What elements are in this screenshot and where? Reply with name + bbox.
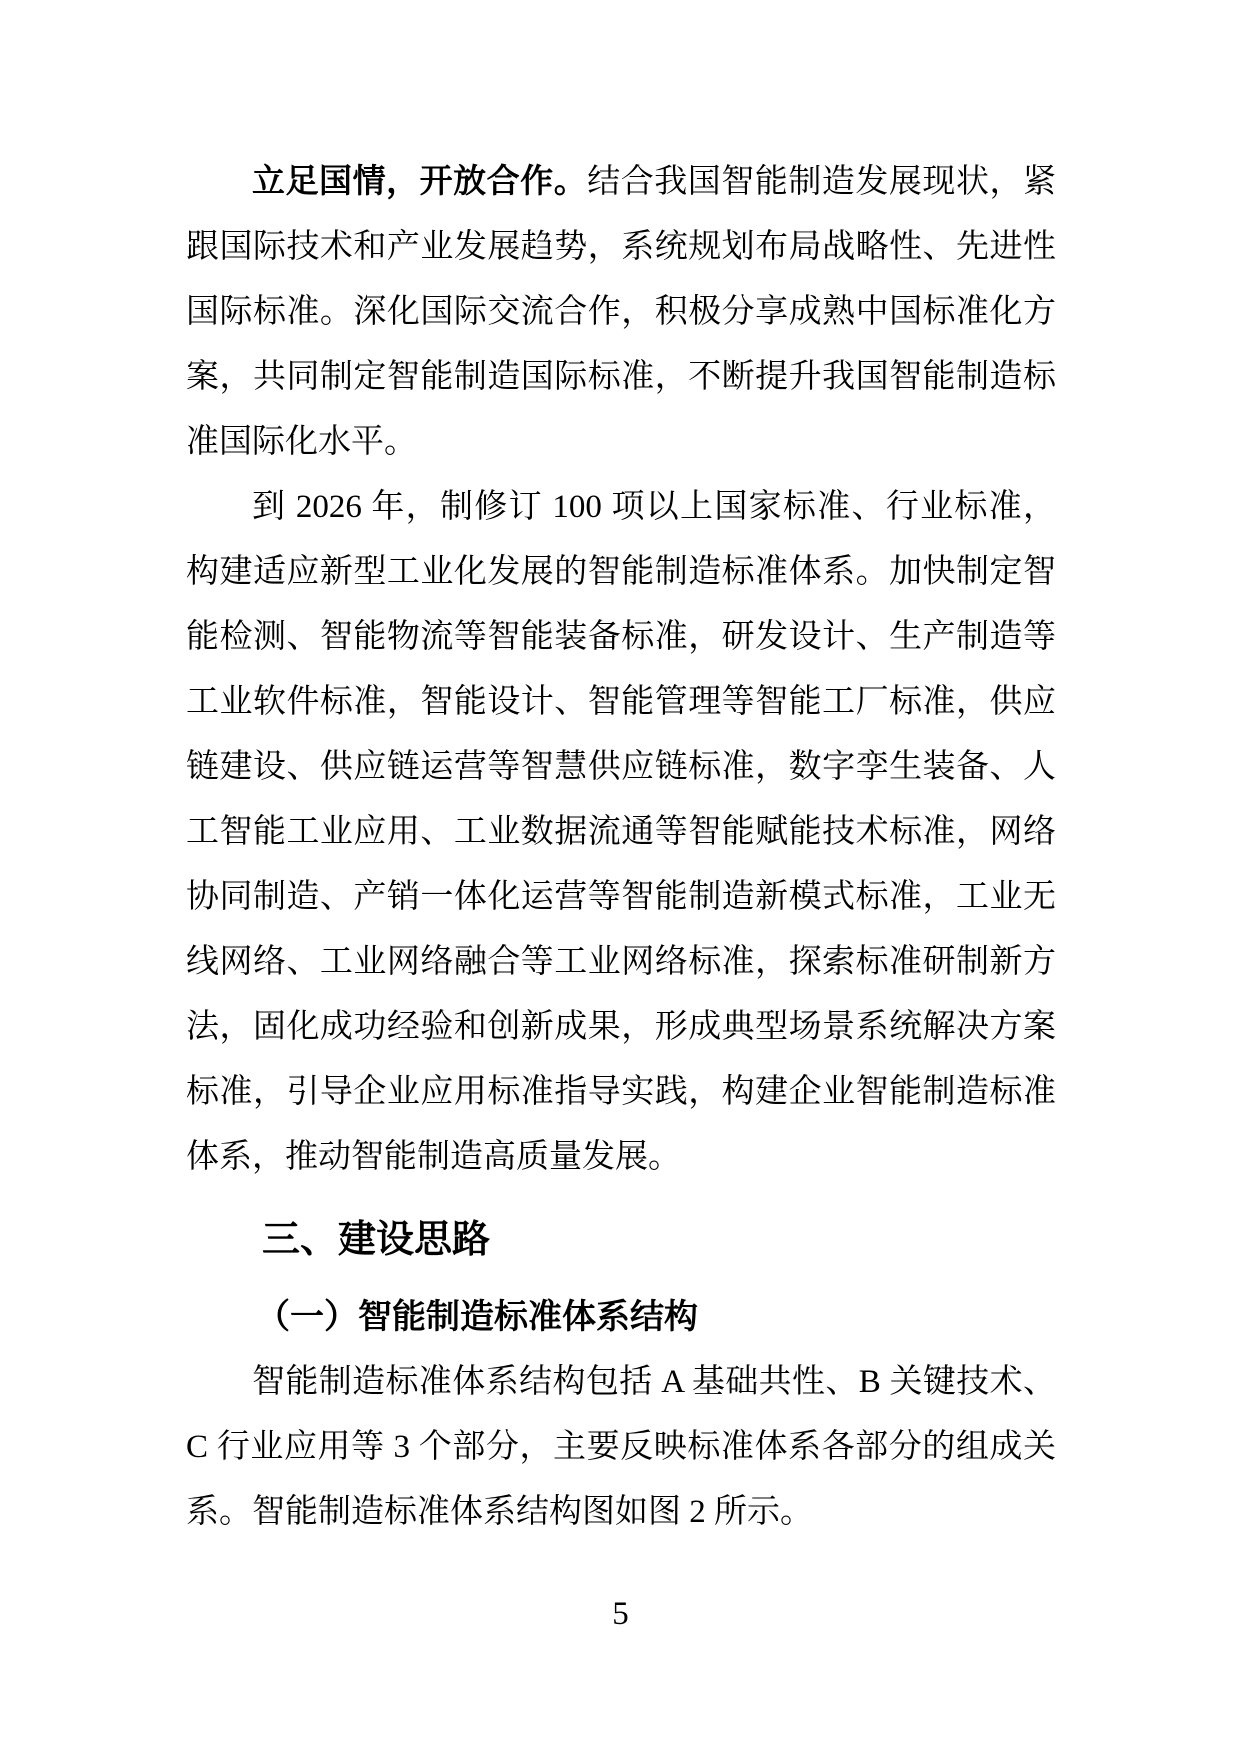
page-content: 立足国情，开放合作。结合我国智能制造发展现状，紧跟国际技术和产业发展趋势，系统规… [186, 150, 1056, 1545]
paragraph-lead-bold: 立足国情，开放合作。 [252, 164, 587, 200]
page-number: 5 [0, 1596, 1241, 1632]
paragraph-system-structure: 智能制造标准体系结构包括 A 基础共性、B 关键技术、C 行业应用等 3 个部分… [186, 1350, 1056, 1545]
document-page: 立足国情，开放合作。结合我国智能制造发展现状，紧跟国际技术和产业发展趋势，系统规… [0, 0, 1241, 1754]
paragraph-body-text: 结合我国智能制造发展现状，紧跟国际技术和产业发展趋势，系统规划布局战略性、先进性… [186, 164, 1056, 460]
paragraph-international-cooperation: 立足国情，开放合作。结合我国智能制造发展现状，紧跟国际技术和产业发展趋势，系统规… [186, 150, 1056, 475]
subsection-heading-system-structure: （一）智能制造标准体系结构 [186, 1285, 1056, 1350]
section-heading-construction-approach: 三、建设思路 [186, 1204, 1056, 1276]
paragraph-2026-goals: 到 2026 年，制修订 100 项以上国家标准、行业标准，构建适应新型工业化发… [186, 475, 1056, 1190]
